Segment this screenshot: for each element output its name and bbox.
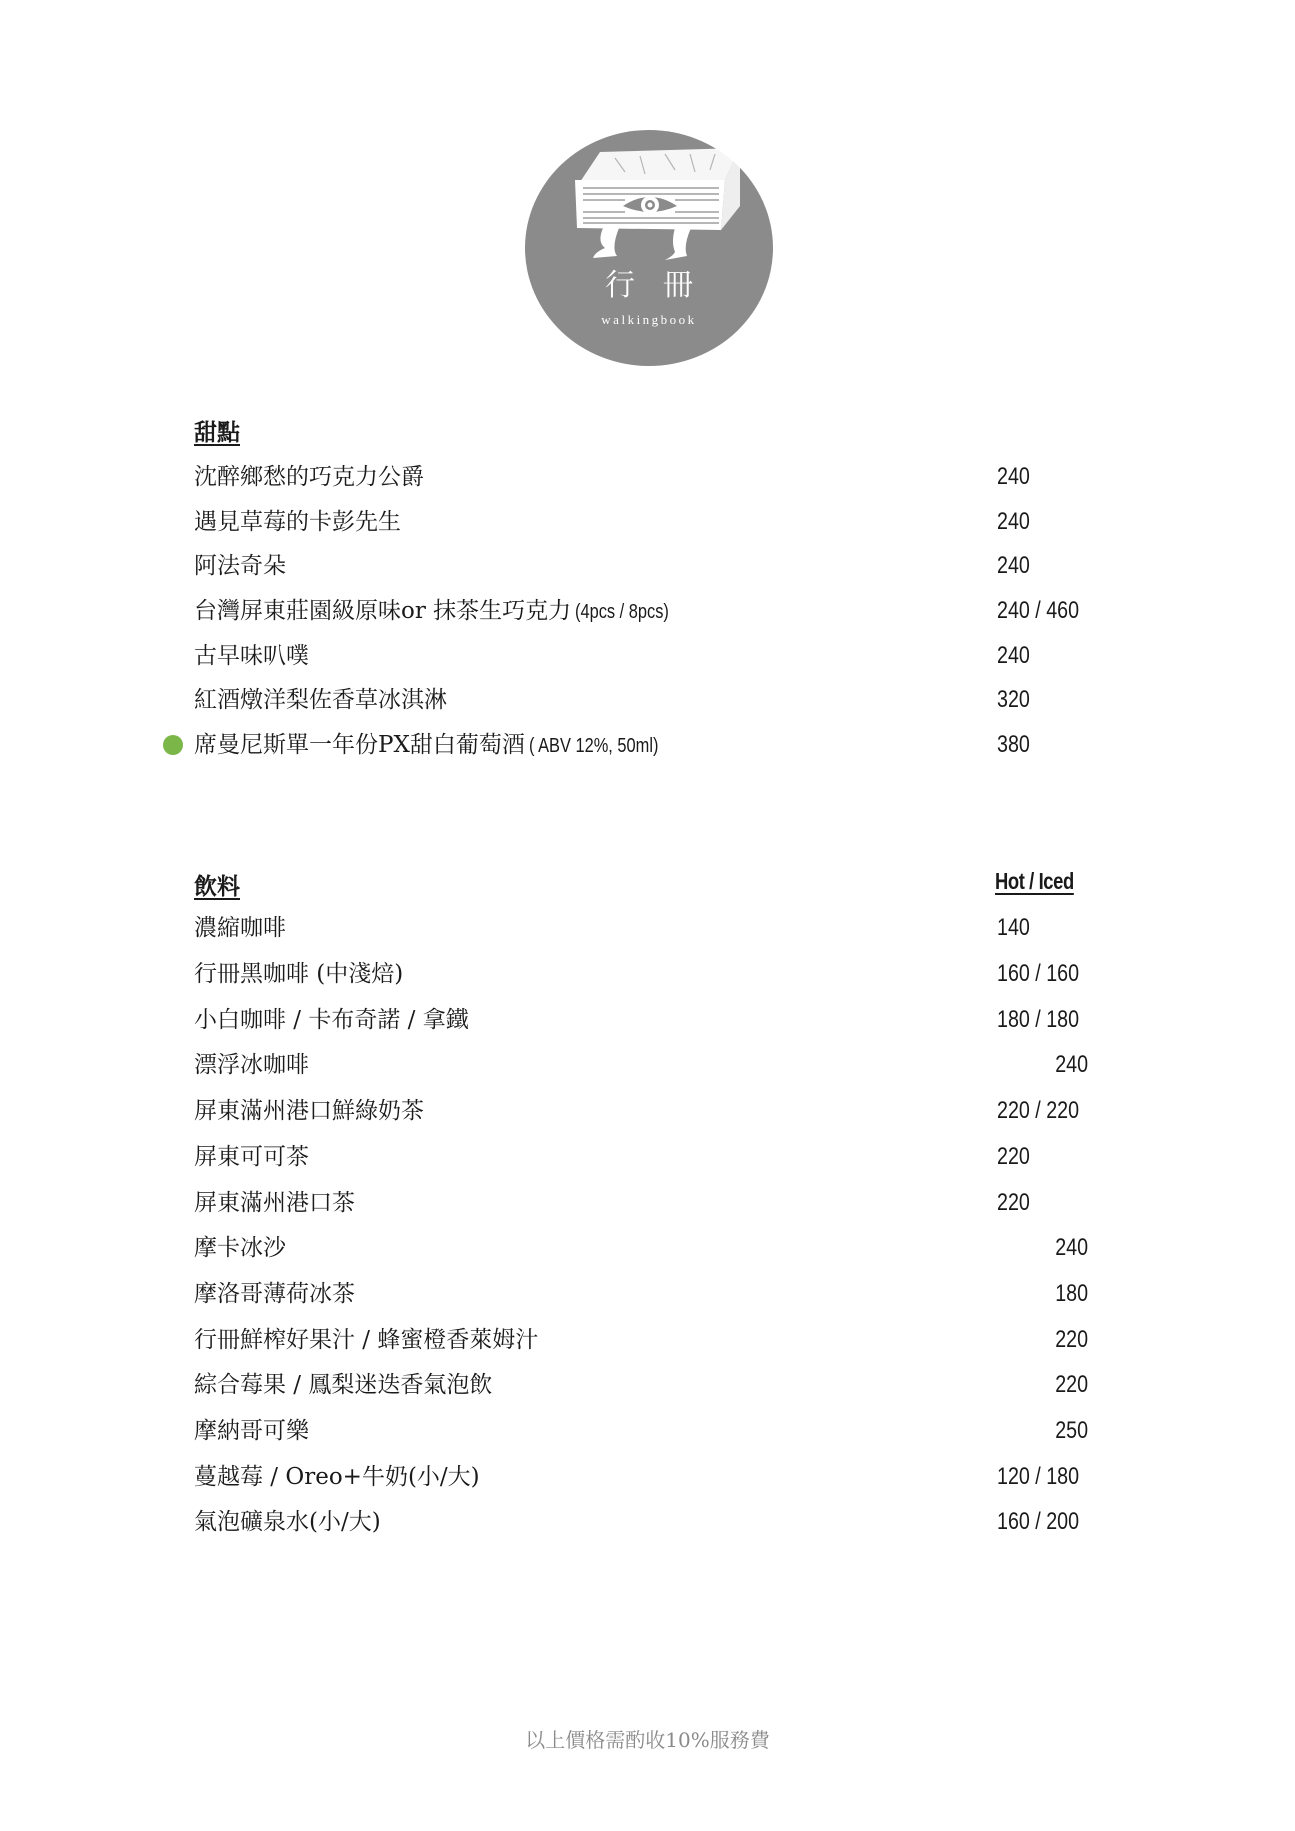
item-price: 240 (997, 499, 1030, 545)
menu-item: 遇見草莓的卡彭先生 240 (0, 499, 1295, 545)
item-price: 240 / 460 (997, 588, 1079, 634)
item-name: 綜合莓果 / 鳳梨迷迭香氣泡飲 (194, 1362, 492, 1408)
logo-english-name: walkingbook (525, 312, 773, 328)
item-name: 濃縮咖啡 (194, 905, 286, 951)
item-name: 屏東滿州港口茶 (194, 1180, 355, 1226)
menu-item: 漂浮冰咖啡 240 (0, 1042, 1295, 1088)
item-name: 氣泡礦泉水(小/大) (194, 1499, 381, 1545)
logo-chinese-name: 行冊 (525, 260, 773, 304)
item-price: 220 / 220 (997, 1088, 1079, 1134)
item-price: 320 (997, 677, 1030, 723)
drinks-section-title: 飲料 (194, 868, 240, 901)
item-name: 遇見草莓的卡彭先生 (194, 499, 401, 545)
item-name: 台灣屏東莊園級原味or 抹茶生巧克力 (194, 598, 571, 624)
item-name: 行冊鮮榨好果汁 / 蜂蜜橙香萊姆汁 (194, 1317, 538, 1363)
item-name: 屏東滿州港口鮮綠奶茶 (194, 1088, 424, 1134)
item-name-with-note: 台灣屏東莊園級原味or 抹茶生巧克力(4pcs / 8pcs) (194, 588, 690, 635)
item-price: 220 (997, 1134, 1030, 1180)
menu-item: 濃縮咖啡 140 (0, 905, 1295, 951)
walkingbook-logo: 行冊 walkingbook (525, 130, 773, 366)
item-price: 220 (1055, 1317, 1088, 1363)
item-name: 摩洛哥薄荷冰茶 (194, 1271, 355, 1317)
menu-item: 屏東可可茶 220 (0, 1134, 1295, 1180)
item-name: 摩卡冰沙 (194, 1225, 286, 1271)
item-price: 140 (997, 905, 1030, 951)
desserts-section-title: 甜點 (194, 414, 240, 447)
hot-iced-column-header: Hot / Iced (995, 868, 1074, 895)
item-price: 160 / 160 (997, 951, 1079, 997)
green-dot-icon (163, 735, 183, 755)
item-name: 小白咖啡 / 卡布奇諾 / 拿鐵 (194, 997, 469, 1043)
menu-item: 台灣屏東莊園級原味or 抹茶生巧克力(4pcs / 8pcs) 240 / 46… (0, 588, 1295, 634)
item-price: 250 (1055, 1408, 1088, 1454)
menu-item: 屏東滿州港口鮮綠奶茶 220 / 220 (0, 1088, 1295, 1134)
item-name: 屏東可可茶 (194, 1134, 309, 1180)
menu-item: 小白咖啡 / 卡布奇諾 / 拿鐵 180 / 180 (0, 997, 1295, 1043)
menu-item: 行冊鮮榨好果汁 / 蜂蜜橙香萊姆汁 220 (0, 1317, 1295, 1363)
item-name: 摩納哥可樂 (194, 1408, 309, 1454)
menu-item: 沈醉鄉愁的巧克力公爵 240 (0, 454, 1295, 500)
item-name: 席曼尼斯單一年份PX甜白葡萄酒 (194, 732, 525, 758)
item-name: 阿法奇朵 (194, 543, 286, 589)
item-note: (4pcs / 8pcs) (575, 589, 669, 635)
menu-item: 行冊黑咖啡 (中淺焙) 160 / 160 (0, 951, 1295, 997)
item-name: 古早味叭噗 (194, 633, 309, 679)
item-price: 240 (997, 454, 1030, 500)
service-charge-note: 以上價格需酌收10%服務費 (0, 1724, 1295, 1753)
item-price: 240 (997, 543, 1030, 589)
item-price: 180 (1055, 1271, 1088, 1317)
menu-item: 摩洛哥薄荷冰茶 180 (0, 1271, 1295, 1317)
menu-item: 綜合莓果 / 鳳梨迷迭香氣泡飲 220 (0, 1362, 1295, 1408)
menu-item: 蔓越莓 / Oreo+牛奶(小/大) 120 / 180 (0, 1454, 1295, 1500)
menu-item: 阿法奇朵 240 (0, 543, 1295, 589)
item-name: 行冊黑咖啡 (中淺焙) (194, 951, 403, 997)
item-price: 380 (997, 722, 1030, 768)
item-name: 紅酒燉洋梨佐香草冰淇淋 (194, 677, 447, 723)
item-price: 180 / 180 (997, 997, 1079, 1043)
item-name-with-note: 席曼尼斯單一年份PX甜白葡萄酒( ABV 12%, 50ml) (194, 722, 687, 769)
item-price: 240 (1055, 1225, 1088, 1271)
item-price: 240 (997, 633, 1030, 679)
item-name: 漂浮冰咖啡 (194, 1042, 309, 1088)
walking-book-icon (525, 130, 773, 366)
item-price: 220 (1055, 1362, 1088, 1408)
menu-item: 摩卡冰沙 240 (0, 1225, 1295, 1271)
menu-item: 氣泡礦泉水(小/大) 160 / 200 (0, 1499, 1295, 1545)
item-note: ( ABV 12%, 50ml) (529, 723, 658, 769)
item-price: 220 (997, 1180, 1030, 1226)
menu-item: 古早味叭噗 240 (0, 633, 1295, 679)
item-price: 120 / 180 (997, 1454, 1079, 1500)
menu-item: 摩納哥可樂 250 (0, 1408, 1295, 1454)
item-name: 沈醉鄉愁的巧克力公爵 (194, 454, 424, 500)
menu-item: 紅酒燉洋梨佐香草冰淇淋 320 (0, 677, 1295, 723)
item-name: 蔓越莓 / Oreo+牛奶(小/大) (194, 1454, 480, 1500)
item-price: 240 (1055, 1042, 1088, 1088)
item-price: 160 / 200 (997, 1499, 1079, 1545)
menu-item-highlighted: 席曼尼斯單一年份PX甜白葡萄酒( ABV 12%, 50ml) 380 (0, 722, 1295, 768)
menu-item: 屏東滿州港口茶 220 (0, 1180, 1295, 1226)
